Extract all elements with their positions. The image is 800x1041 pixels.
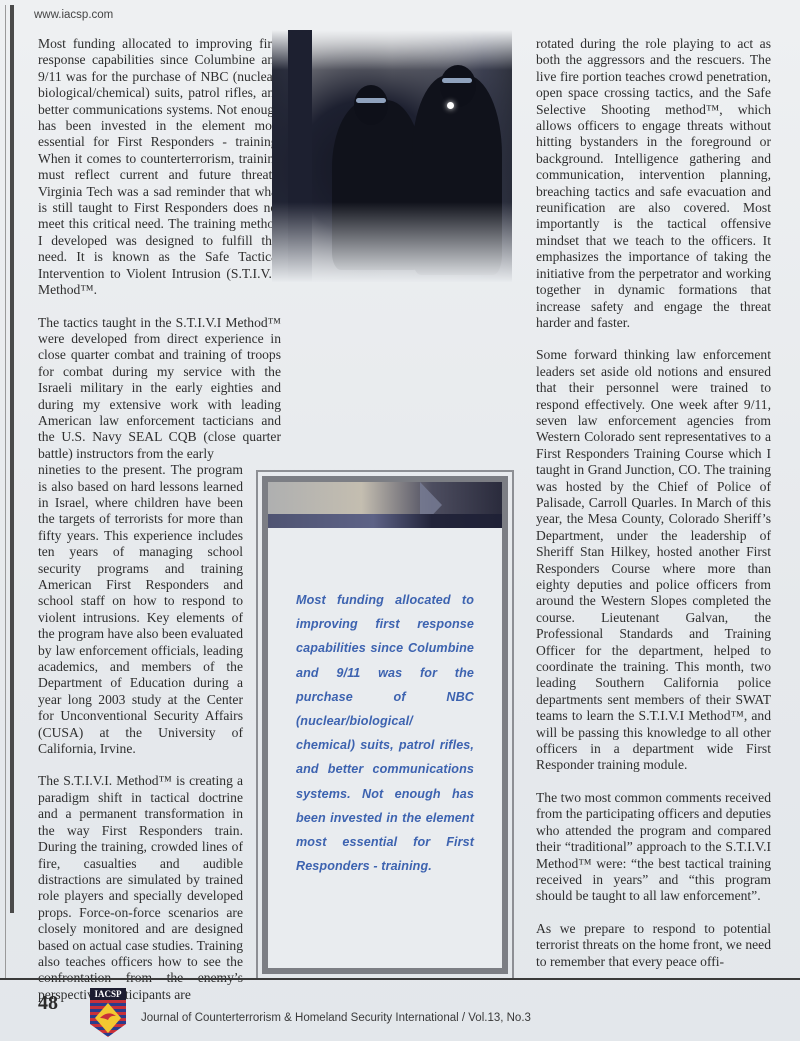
margin-bar — [10, 287, 14, 913]
margin-rule — [5, 5, 6, 980]
site-url: www.iacsp.com — [34, 9, 113, 21]
officer-head — [440, 65, 476, 107]
left-column: Most funding allocated to improving firs… — [38, 36, 281, 1019]
tactical-team-photo — [272, 30, 512, 282]
sidebar-box: Most funding allocated to improving firs… — [262, 476, 508, 974]
page-number: 48 — [38, 992, 58, 1015]
sidebar-banner-image — [268, 482, 502, 528]
right-column: rotated during the role playing to act a… — [536, 36, 771, 986]
officer-head — [354, 85, 388, 125]
paragraph: The S.T.I.V.I. Method™ is creating a par… — [38, 773, 243, 1003]
officer-figure — [332, 100, 422, 270]
magazine-page: www.iacsp.com Most funding allocated to … — [0, 0, 800, 1041]
footer-rule — [0, 978, 800, 980]
weapon-light — [447, 102, 454, 109]
paragraph: nineties to the present. The program is … — [38, 462, 243, 757]
goggles — [442, 78, 472, 83]
paragraph: Most funding allocated to improving firs… — [38, 36, 281, 299]
door-frame — [288, 30, 312, 282]
journal-title: Journal of Counterterrorism & Homeland S… — [141, 1012, 531, 1024]
paragraph: rotated during the role playing to act a… — [536, 36, 771, 331]
paragraph: The tactics taught in the S.T.I.V.I Meth… — [38, 315, 281, 463]
iacsp-logo: IACSP — [90, 988, 126, 1038]
goggles — [356, 98, 386, 103]
paragraph: Some forward thinking law enforcement le… — [536, 347, 771, 774]
margin-bar — [10, 5, 14, 287]
shield-icon — [90, 988, 126, 1038]
paragraph: The two most common comments received fr… — [536, 790, 771, 905]
banner-band — [268, 514, 502, 528]
pull-quote: Most funding allocated to improving firs… — [296, 588, 474, 878]
paragraph: As we prepare to respond to potential te… — [536, 921, 771, 970]
